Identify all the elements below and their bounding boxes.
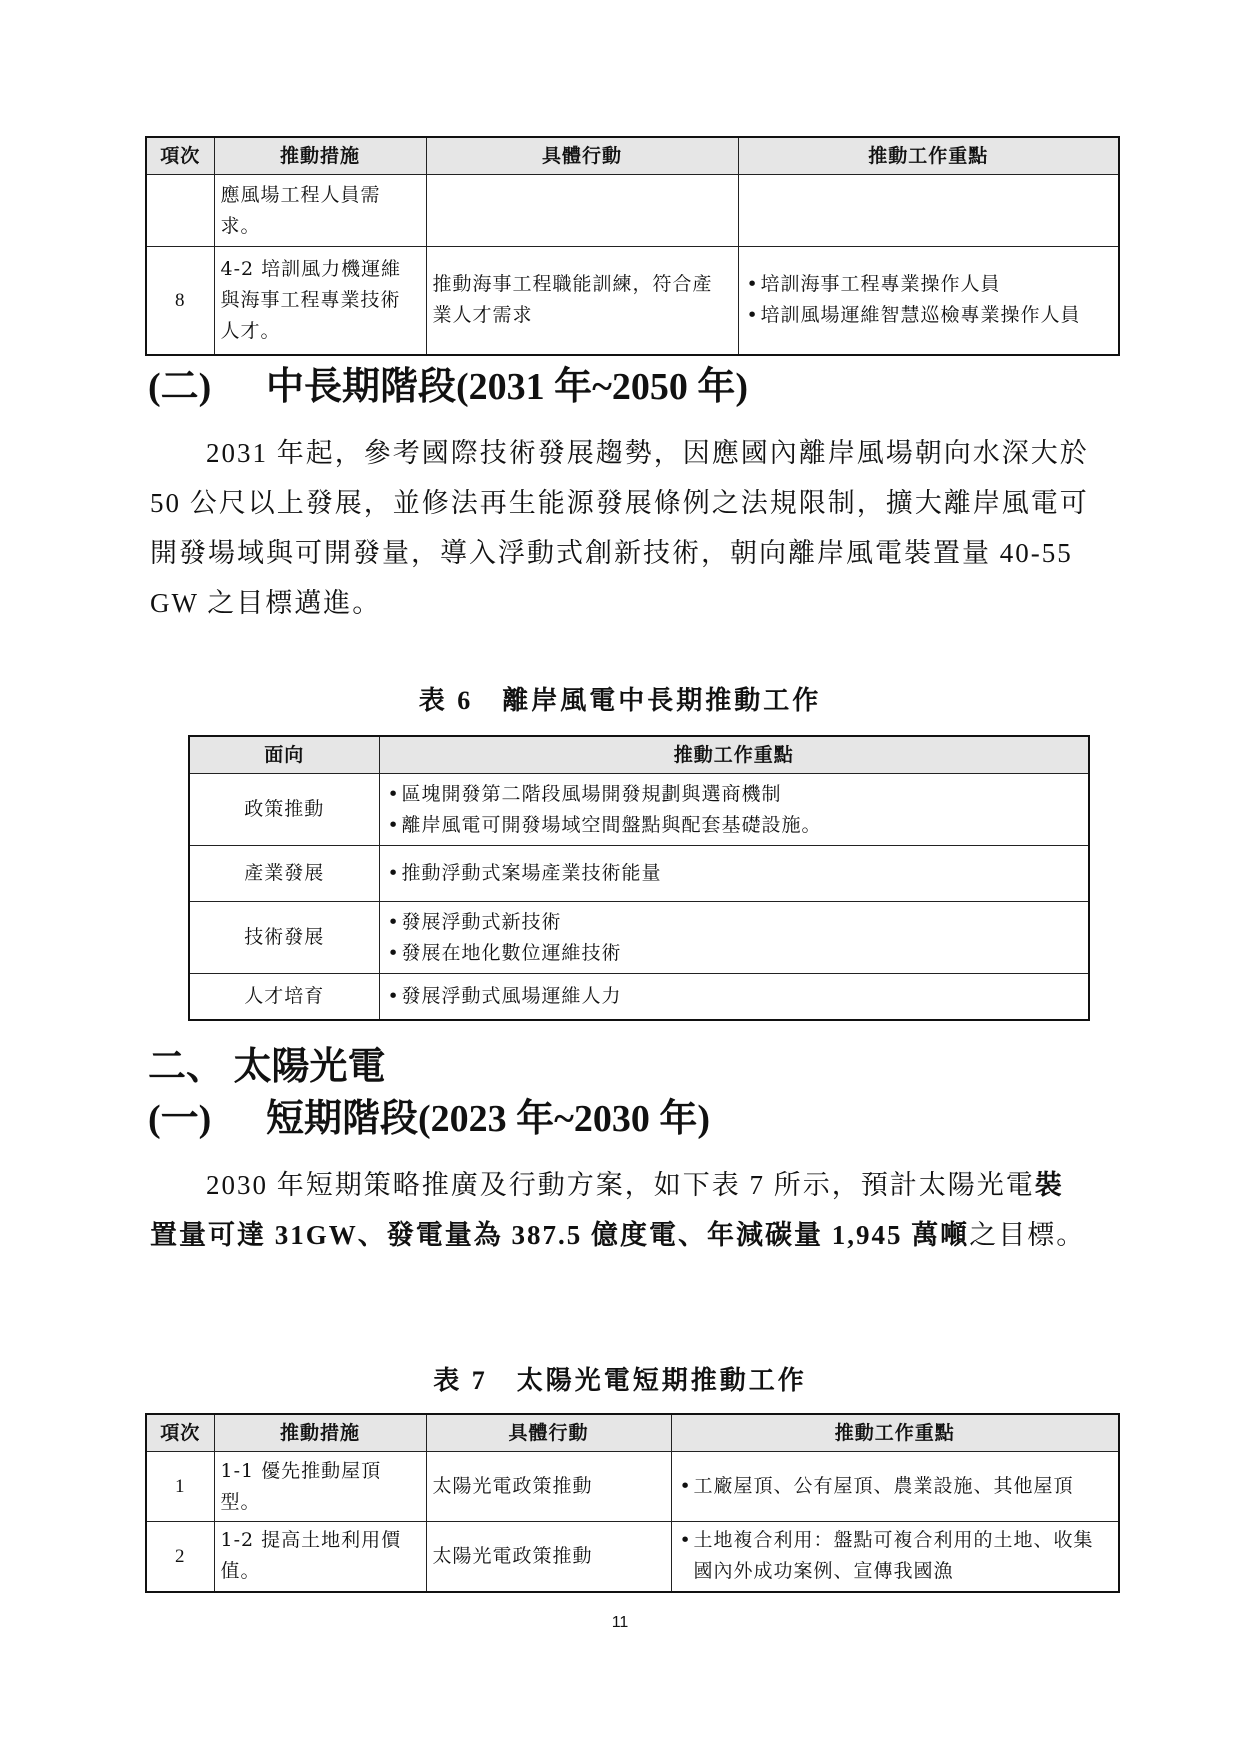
cell-focus: 推動浮動式案場產業技術能量 [379, 846, 1089, 902]
chapter-heading-solar: 二、 太陽光電 [148, 1044, 386, 1090]
table-row: 人才培育 發展浮動式風場運維人力 [189, 974, 1089, 1020]
cell-item-no: 1 [146, 1452, 214, 1522]
cell-aspect: 產業發展 [189, 846, 379, 902]
paragraph-text: 2030 年短期策略推廣及行動方案，如下表 7 所示，預計太陽光電 [206, 1170, 1035, 1200]
focus-bullet: 培訓海事工程專業操作人員 [745, 269, 1113, 300]
cell-item-no: 2 [146, 1522, 214, 1592]
cell-aspect: 政策推動 [189, 774, 379, 846]
table-header-row: 項次 推動措施 具體行動 推動工作重點 [146, 137, 1119, 175]
col-header-focus: 推動工作重點 [379, 736, 1089, 774]
col-header-measure: 推動措施 [214, 137, 426, 175]
cell-action: 太陽光電政策推動 [426, 1452, 671, 1522]
section-title: 中長期階段(2031 年~2050 年) [266, 366, 748, 408]
table-row: 技術發展 發展浮動式新技術 發展在地化數位運維技術 [189, 902, 1089, 974]
col-header-focus: 推動工作重點 [738, 137, 1119, 175]
paragraph-text: 2031 年起，參考國際技術發展趨勢，因應國內離岸風場朝向水深大於 50 公尺以… [150, 438, 1089, 618]
focus-bullet: 工廠屋頂、公有屋頂、農業設施、其他屋頂 [678, 1471, 1113, 1502]
cell-measure: 1-2 提高土地利用價值。 [214, 1522, 426, 1592]
table-header-row: 項次 推動措施 具體行動 推動工作重點 [146, 1414, 1119, 1452]
focus-bullet: 土地複合利用：盤點可複合利用的土地、收集國內外成功案例、宣傳我國漁 [678, 1525, 1113, 1587]
section-heading-short-term: (一)短期階段(2023 年~2030 年) [148, 1096, 710, 1142]
table-row: 2 1-2 提高土地利用價值。 太陽光電政策推動 土地複合利用：盤點可複合利用的… [146, 1522, 1119, 1592]
focus-bullet: 離岸風電可開發場域空間盤點與配套基礎設施。 [386, 810, 1083, 841]
col-header-focus: 推動工作重點 [671, 1414, 1119, 1452]
cell-focus: 土地複合利用：盤點可複合利用的土地、收集國內外成功案例、宣傳我國漁 [671, 1522, 1119, 1592]
table-wind-short-term-continued: 項次 推動措施 具體行動 推動工作重點 應風場工程人員需求。 8 4-2 培訓風… [145, 136, 1120, 356]
focus-bullet: 區塊開發第二階段風場開發規劃與選商機制 [386, 779, 1083, 810]
paragraph-text: 之目標。 [969, 1220, 1085, 1250]
cell-action: 太陽光電政策推動 [426, 1522, 671, 1592]
cell-item-no [146, 175, 214, 247]
table-row: 產業發展 推動浮動式案場產業技術能量 [189, 846, 1089, 902]
cell-focus: 區塊開發第二階段風場開發規劃與選商機制 離岸風電可開發場域空間盤點與配套基礎設施… [379, 774, 1089, 846]
table7-solar-short-term: 項次 推動措施 具體行動 推動工作重點 1 1-1 優先推動屋頂型。 太陽光電政… [145, 1413, 1120, 1593]
document-page: 項次 推動措施 具體行動 推動工作重點 應風場工程人員需求。 8 4-2 培訓風… [0, 0, 1240, 1753]
focus-bullet: 推動浮動式案場產業技術能量 [386, 858, 1083, 889]
col-header-action: 具體行動 [426, 1414, 671, 1452]
table-row: 政策推動 區塊開發第二階段風場開發規劃與選商機制 離岸風電可開發場域空間盤點與配… [189, 774, 1089, 846]
focus-bullet: 發展浮動式新技術 [386, 907, 1083, 938]
col-header-aspect: 面向 [189, 736, 379, 774]
focus-bullet: 發展在地化數位運維技術 [386, 938, 1083, 969]
col-header-measure: 推動措施 [214, 1414, 426, 1452]
table7-caption: 表 7 太陽光電短期推動工作 [0, 1360, 1240, 1397]
focus-bullet: 培訓風場運維智慧巡檢專業操作人員 [745, 300, 1113, 331]
section-heading-mid-long-term: (二)中長期階段(2031 年~2050 年) [148, 364, 748, 410]
table6-caption: 表 6 離岸風電中長期推動工作 [0, 680, 1240, 717]
cell-measure: 1-1 優先推動屋頂型。 [214, 1452, 426, 1522]
section-label: (二) [148, 364, 266, 410]
cell-action [426, 175, 738, 247]
cell-measure: 應風場工程人員需求。 [214, 175, 426, 247]
cell-focus: 培訓海事工程專業操作人員 培訓風場運維智慧巡檢專業操作人員 [738, 247, 1119, 355]
cell-aspect: 人才培育 [189, 974, 379, 1020]
table-row: 8 4-2 培訓風力機運維與海事工程專業技術人才。 推動海事工程職能訓練，符合產… [146, 247, 1119, 355]
paragraph-mid-long-term: 2031 年起，參考國際技術發展趨勢，因應國內離岸風場朝向水深大於 50 公尺以… [150, 428, 1090, 628]
col-header-action: 具體行動 [426, 137, 738, 175]
page-number: 11 [0, 1614, 1240, 1632]
col-header-item-no: 項次 [146, 1414, 214, 1452]
section-label: (一) [148, 1096, 266, 1142]
cell-aspect: 技術發展 [189, 902, 379, 974]
cell-focus: 發展浮動式風場運維人力 [379, 974, 1089, 1020]
cell-focus: 工廠屋頂、公有屋頂、農業設施、其他屋頂 [671, 1452, 1119, 1522]
cell-item-no: 8 [146, 247, 214, 355]
table6-offshore-wind-mid-long-term: 面向 推動工作重點 政策推動 區塊開發第二階段風場開發規劃與選商機制 離岸風電可… [188, 735, 1090, 1021]
table-header-row: 面向 推動工作重點 [189, 736, 1089, 774]
cell-focus: 發展浮動式新技術 發展在地化數位運維技術 [379, 902, 1089, 974]
section-title: 短期階段(2023 年~2030 年) [266, 1098, 710, 1140]
table-row: 應風場工程人員需求。 [146, 175, 1119, 247]
cell-measure: 4-2 培訓風力機運維與海事工程專業技術人才。 [214, 247, 426, 355]
col-header-item-no: 項次 [146, 137, 214, 175]
paragraph-solar-short-term: 2030 年短期策略推廣及行動方案，如下表 7 所示，預計太陽光電裝置量可達 3… [150, 1160, 1090, 1260]
cell-focus [738, 175, 1119, 247]
cell-action: 推動海事工程職能訓練，符合產業人才需求 [426, 247, 738, 355]
focus-bullet: 發展浮動式風場運維人力 [386, 981, 1083, 1012]
table-row: 1 1-1 優先推動屋頂型。 太陽光電政策推動 工廠屋頂、公有屋頂、農業設施、其… [146, 1452, 1119, 1522]
